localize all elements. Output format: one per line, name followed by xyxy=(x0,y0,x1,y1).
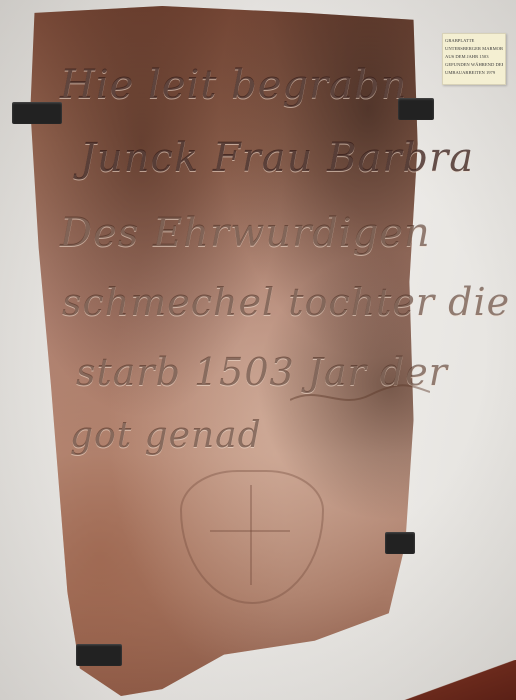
label-line: Umbauarbeiten 1979 xyxy=(445,69,503,77)
iron-clamp xyxy=(76,644,122,666)
label-line: Untersberger Marmor xyxy=(445,45,503,53)
flourish-ornament xyxy=(290,380,430,410)
inscription-line: schmechel tochter die xyxy=(62,280,510,324)
iron-clamp xyxy=(385,532,415,554)
crest-cross-bar xyxy=(210,530,290,532)
inscription-line: Junck Frau Barbra xyxy=(80,135,474,181)
iron-clamp xyxy=(12,102,62,124)
label-line: gefunden während der xyxy=(445,61,503,69)
label-line: aus dem Jahr 1503 xyxy=(445,53,503,61)
crest-cross-icon xyxy=(250,485,252,585)
floor-trim xyxy=(376,660,516,700)
inscription-line: Hie leit begrabn xyxy=(60,62,407,108)
label-line: Grabplatte xyxy=(445,37,503,45)
museum-label-card: Grabplatte Untersberger Marmor aus dem J… xyxy=(442,33,506,85)
inscription-line: Des Ehrwurdigen xyxy=(60,210,431,256)
iron-clamp xyxy=(398,98,434,120)
inscription-line: got genad xyxy=(70,415,262,456)
